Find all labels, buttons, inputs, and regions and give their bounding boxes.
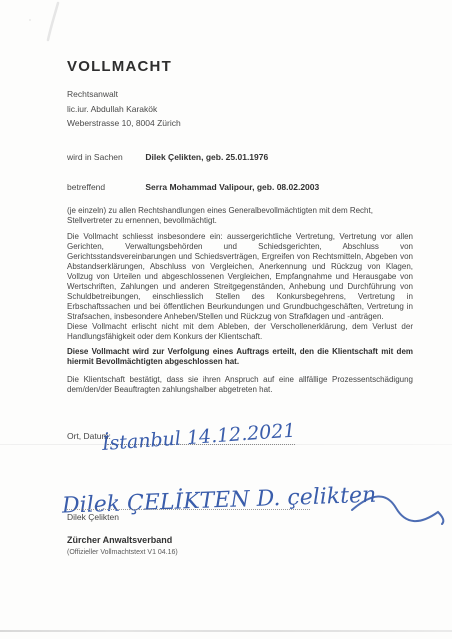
body-paragraph-1: (je einzeln) zu allen Rechtshandlungen e… [67,206,413,226]
body-paragraph-3: Diese Vollmacht erlischt nicht mit dem A… [67,322,413,342]
footer-organization: Zürcher Anwaltsverband [67,535,172,545]
signer-name-label: Dilek Çelikten [67,512,119,522]
client-label: wird in Sachen [67,152,143,162]
footer-version-note: (Offizieller Vollmachtstext V1 04.16) [67,549,178,556]
body-paragraph-4: Diese Vollmacht wird zur Verfolgung eine… [67,347,413,367]
scan-bottom-edge-artifact [0,630,452,632]
body-paragraph-2: Die Vollmacht schliesst insbesondere ein… [67,232,413,322]
matter-row: betreffend Serra Mohammad Valipour, geb.… [67,182,427,192]
client-row: wird in Sachen Dilek Çelikten, geb. 25.0… [67,152,427,162]
scanned-document-page: VOLLMACHT Rechtsanwalt lic.iur. Abdullah… [0,0,452,639]
matter-label: betreffend [67,182,143,192]
body-paragraph-5: Die Klientschaft bestätigt, dass sie ihr… [67,375,413,395]
attorney-role: Rechtsanwalt [67,87,181,102]
document-title: VOLLMACHT [67,58,172,75]
client-value: Dilek Çelikten, geb. 25.01.1976 [145,152,268,162]
svg-text:İstanbul 14.12.2021: İstanbul 14.12.2021 [100,419,296,456]
attorney-address: Weberstrasse 10, 8004 Zürich [67,116,181,131]
letterhead: Rechtsanwalt lic.iur. Abdullah Karakök W… [67,87,181,131]
attorney-name: lic.iur. Abdullah Karakök [67,102,181,117]
signature-dotted-line [67,508,310,510]
handwritten-place-date: İstanbul 14.12.2021 [92,408,342,456]
matter-value: Serra Mohammad Valipour, geb. 08.02.2003 [145,182,319,192]
scan-artifact-mark [20,0,80,45]
